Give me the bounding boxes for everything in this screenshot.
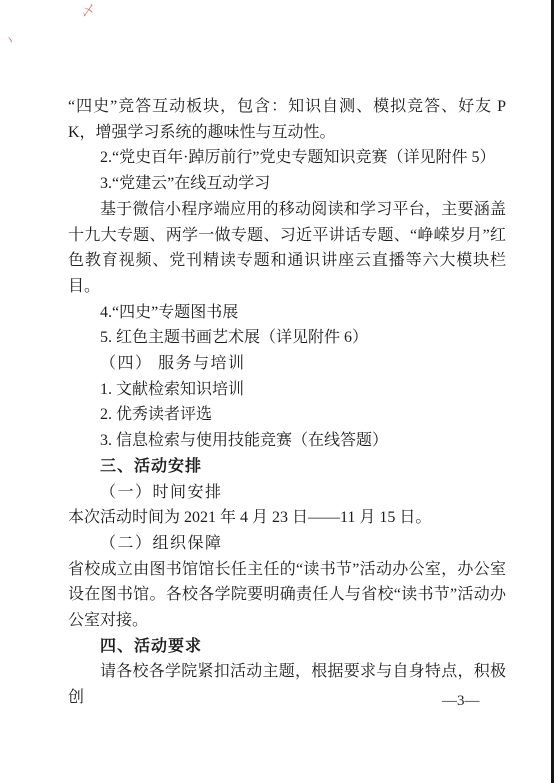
paragraph: 请各校各学院紧扣活动主题，根据要求与自身特点，积极创 [68, 659, 506, 710]
list-item: 4.“四史”专题图书展 [68, 300, 506, 326]
list-item: 2.“党史百年·踔厉前行”党史专题知识竞赛（详见附件 5） [68, 145, 506, 171]
document-page-body: “四史”竞答互动板块，包含：知识自测、模拟竞答、好友 PK，增强学习系统的趣味性… [68, 94, 506, 711]
list-item: 3. 信息检索与使用技能竞赛（在线答题） [68, 428, 506, 454]
page-number: —3— [442, 693, 480, 710]
section-heading: 四、活动要求 [68, 634, 506, 660]
sub-heading: （四） 服务与培训 [68, 351, 506, 377]
list-item: 3.“党建云”在线互动学习 [68, 171, 506, 197]
sub-heading: （二）组织保障 [68, 531, 506, 557]
paragraph: 本次活动时间为 2021 年 4 月 23 日——11 月 15 日。 [68, 505, 506, 531]
red-scan-artifact: 丶 [2, 33, 17, 48]
paragraph: “四史”竞答互动板块，包含：知识自测、模拟竞答、好友 PK，增强学习系统的趣味性… [68, 94, 506, 145]
paragraph: 基于微信小程序端应用的移动阅读和学习平台，主要涵盖十九大专题、两学一做专题、习近… [68, 197, 506, 300]
red-scan-artifact: 乄 [81, 3, 96, 18]
sub-heading: （一）时间安排 [68, 480, 506, 506]
list-item: 5. 红色主题书画艺术展（详见附件 6） [68, 325, 506, 351]
section-heading: 三、活动安排 [68, 454, 506, 480]
paragraph: 省校成立由图书馆馆长任主任的“读书节”活动办公室，办公室设在图书馆。各校各学院要… [68, 557, 506, 634]
list-item: 2. 优秀读者评选 [68, 402, 506, 428]
list-item: 1. 文献检索知识培训 [68, 377, 506, 403]
